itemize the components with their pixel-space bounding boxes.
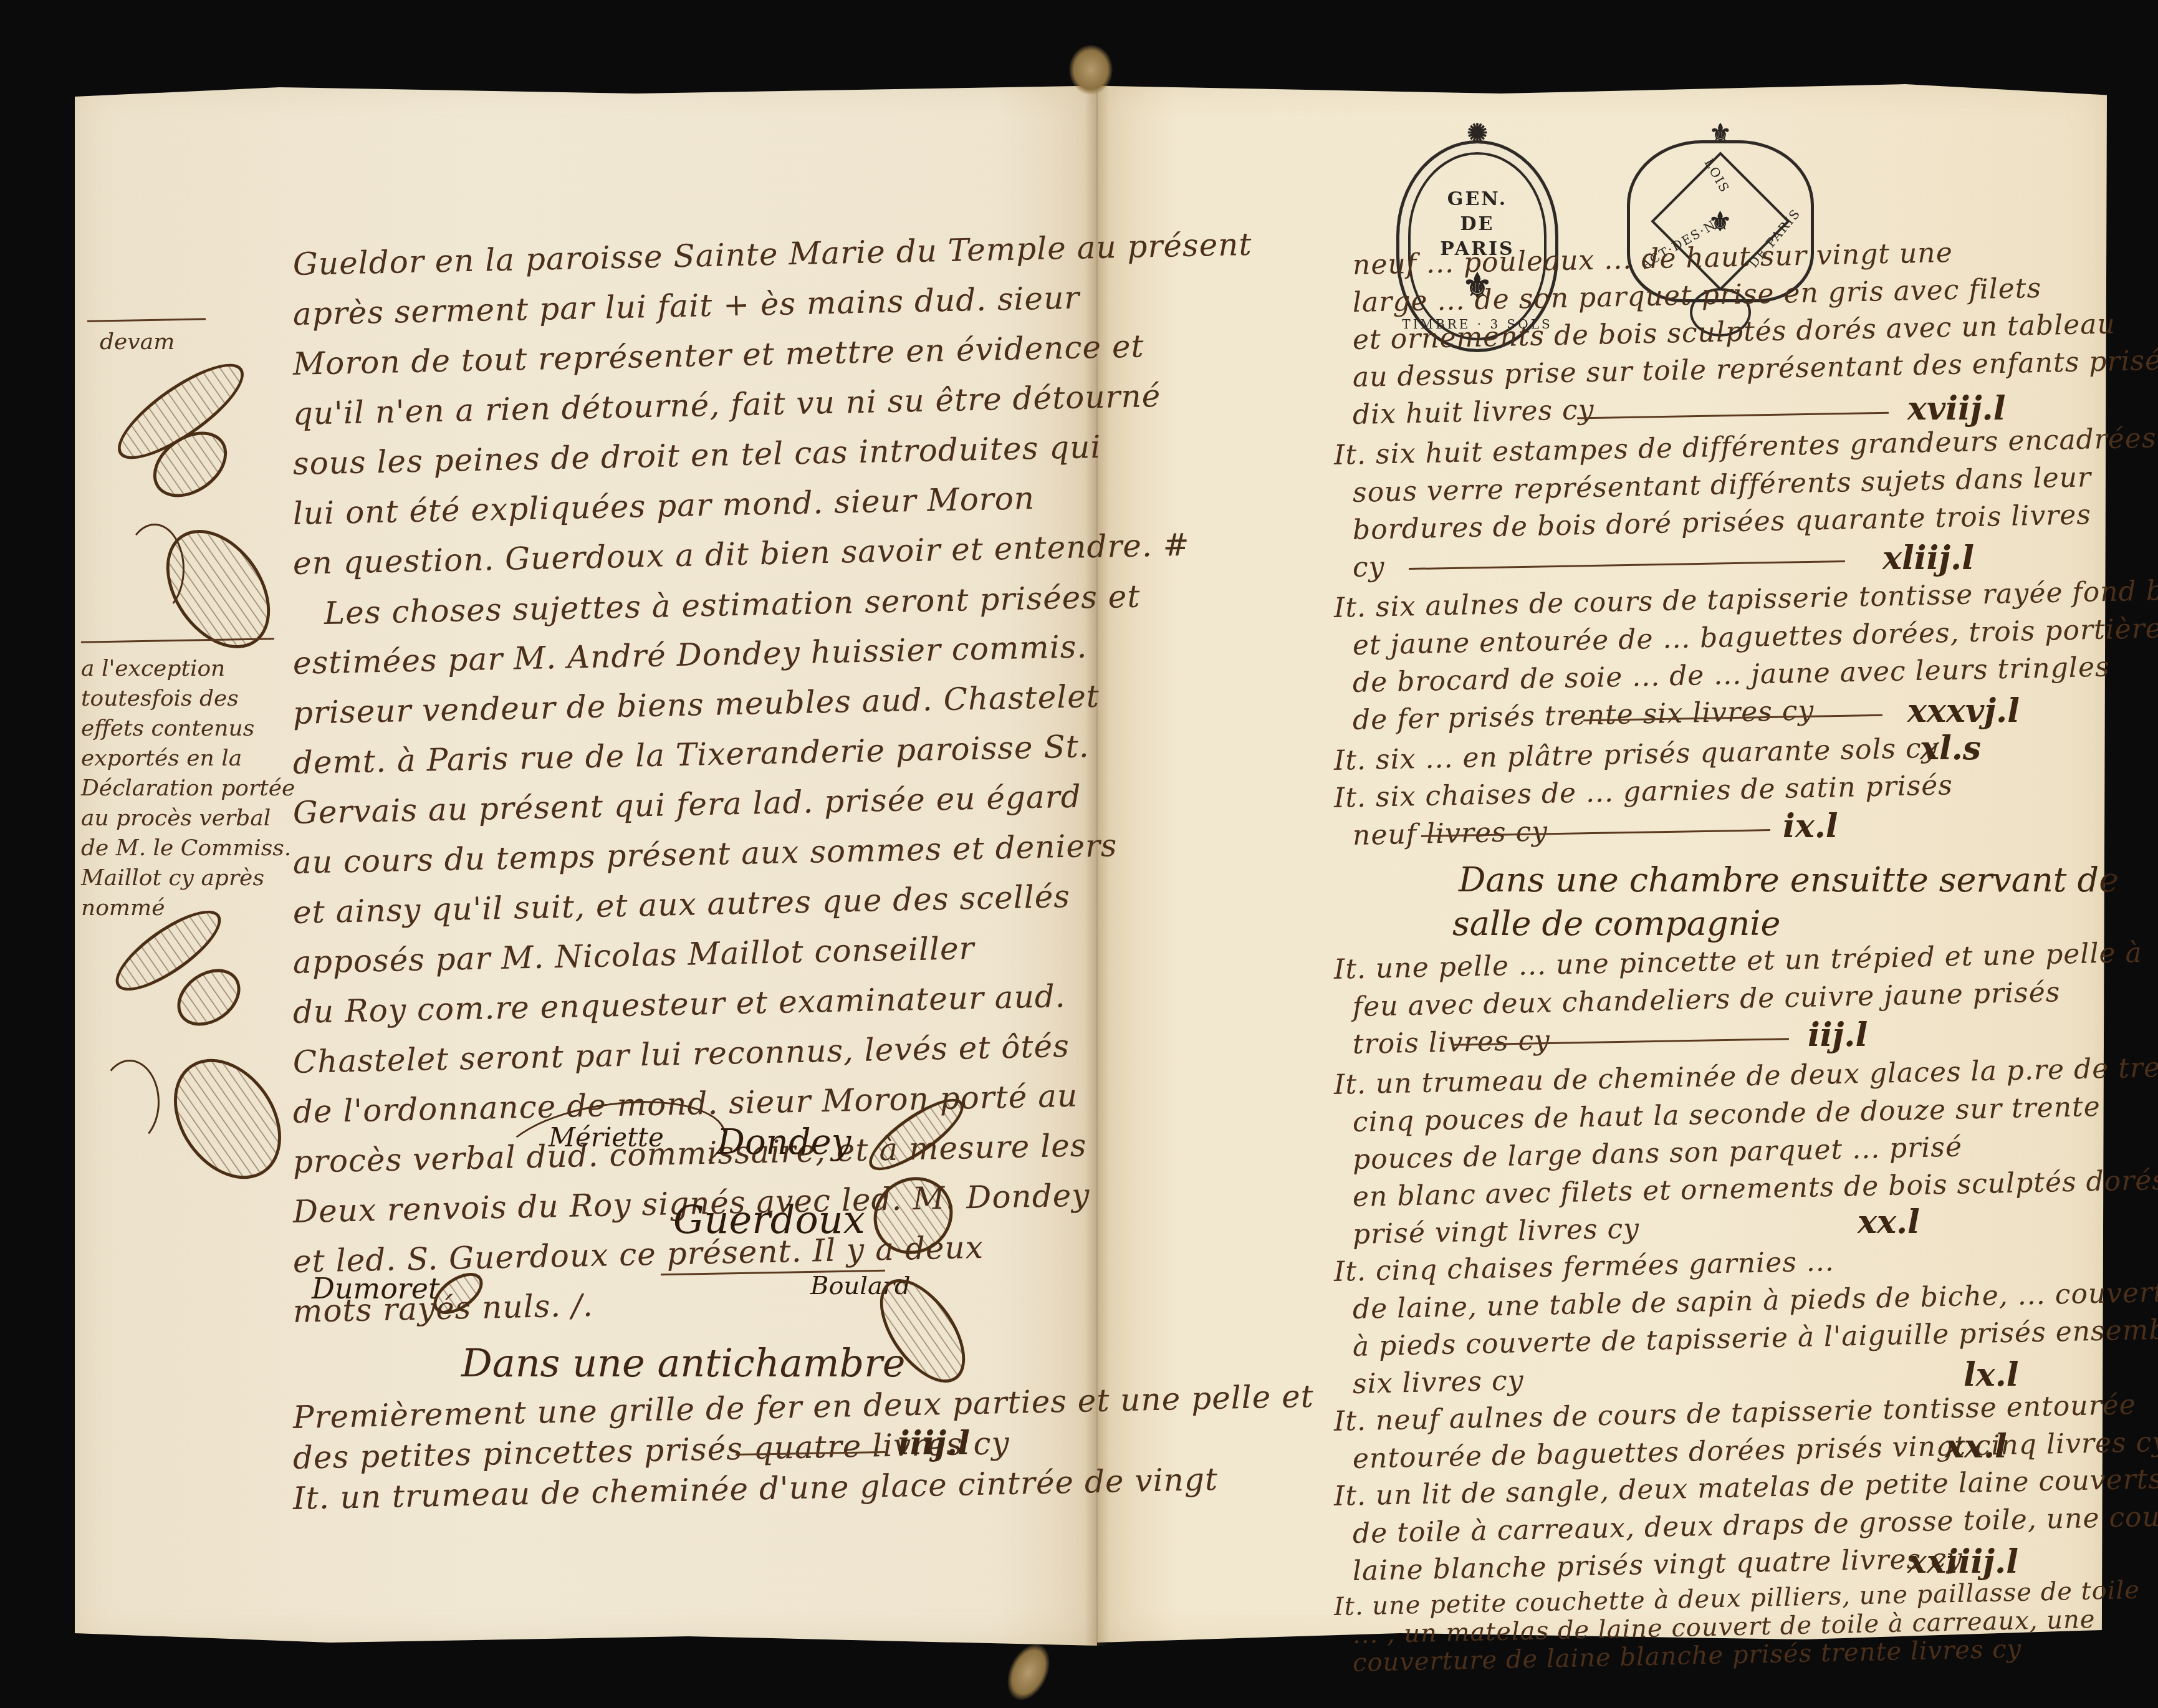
item-amount: ix.l <box>1783 807 1838 845</box>
item-amount: xx.l <box>1945 1427 2007 1466</box>
margin-note: Maillot cy après <box>81 865 264 891</box>
item-amount: xxxvj.l <box>1907 692 2020 730</box>
margin-note: de M. le Commiss. <box>81 835 291 861</box>
section-heading: Dans une chambre ensuitte servant de <box>1459 860 2119 900</box>
inventory-item: prisé vingt livres cy <box>1352 1212 1639 1250</box>
stamp-line: GEN. <box>1447 187 1507 212</box>
margin-note: toutesfois des <box>81 686 239 711</box>
signature-dumoret: Dumoret <box>312 1272 440 1305</box>
signature-guerdoux: Guerdoux <box>673 1197 865 1242</box>
body-line: cy <box>1352 551 1385 583</box>
item-amount: xliij.l <box>1882 539 1974 577</box>
item-amount: lx.l <box>1964 1356 2019 1394</box>
item-amount: iiij.l <box>898 1424 970 1462</box>
margin-note: effets contenus <box>81 716 254 741</box>
item-amount: iij.l <box>1808 1016 1868 1054</box>
margin-note: devam <box>100 329 175 355</box>
inventory-item: six livres cy <box>1352 1365 1524 1400</box>
item-amount: xl.s <box>1920 729 1981 767</box>
item-amount: xviij.l <box>1907 390 2005 428</box>
item-amount: xxiiij.l <box>1907 1543 2018 1581</box>
margin-note: nommé <box>81 895 165 921</box>
section-heading: Dans une antichambre <box>461 1340 905 1386</box>
binding-string-top <box>1069 45 1113 95</box>
section-heading-continued: salle de compagnie <box>1452 904 1781 943</box>
fleur-de-lis-icon: ⚜ <box>1709 118 1732 148</box>
body-line: dix huit livres cy <box>1352 394 1595 431</box>
sunburst-icon: ✺ <box>1467 118 1488 148</box>
margin-note: a l'exception <box>81 656 225 681</box>
item-amount: xx.l <box>1858 1203 1920 1241</box>
margin-flourish <box>125 524 185 615</box>
margin-note: au procès verbal <box>81 805 271 831</box>
margin-note: Déclaration portée <box>81 775 295 801</box>
signature-dondey: Dondey <box>717 1122 851 1163</box>
margin-note: exportés en la <box>81 746 242 771</box>
margin-flourish <box>100 1060 160 1144</box>
signature-meriette: Mériette <box>549 1122 664 1153</box>
stamp-line: DE <box>1460 212 1495 237</box>
binding-string-bottom <box>999 1638 1058 1707</box>
